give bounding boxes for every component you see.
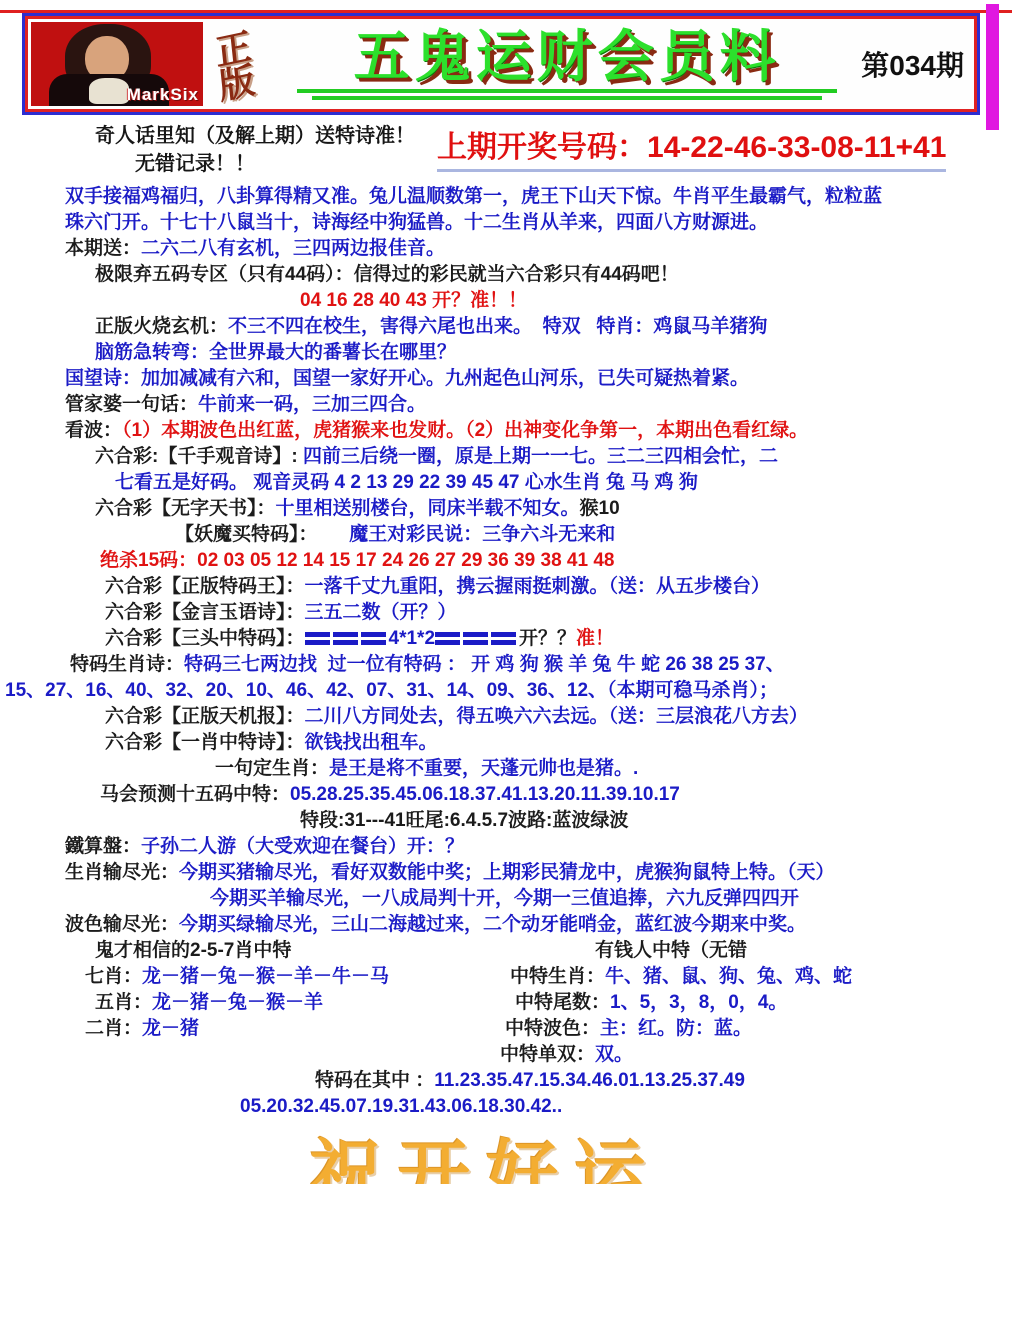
issue-number: 第034期 (861, 44, 964, 84)
text-run: 【妖魔买特码】： (175, 524, 318, 545)
text-run: 六合彩:【千手观音诗】: (95, 446, 303, 467)
text-run: 欲钱找出租车。 (305, 732, 438, 753)
text-run: 七看五是好码。 观音灵码 4 2 13 29 22 39 45 47 心水生肖 … (115, 472, 698, 493)
text-run: 准！ (576, 628, 614, 649)
text-run: 主：红。防：蓝。 (600, 1018, 752, 1039)
text-run: 龙－猪 (142, 1018, 199, 1039)
text-run: 猴10 (580, 498, 620, 519)
body-line: 波色输尽光：今期买绿输尽光，三山二海越过来，二个动牙能哨金，蓝红波今期来中奖。 (0, 912, 1012, 938)
text-run: 六合彩【三头中特码】： (105, 628, 305, 649)
body-line: 五肖：龙－猪－兔－猴－羊中特尾数：1、5，3，8，0，4。 (0, 990, 1012, 1016)
double-bar-block (491, 632, 516, 645)
text-run: 鐵算盤： (65, 836, 141, 857)
text-run: 五肖： (95, 992, 152, 1013)
body-line: 马会预测十五码中特：05.28.25.35.45.06.18.37.41.13.… (0, 782, 1012, 808)
text-run: 双。 (595, 1044, 633, 1065)
body-line: 七肖：龙－猪－兔－猴－羊－牛－马中特生肖：牛、猪、鼠、狗、兔、鸡、蛇 (0, 964, 1012, 990)
text-run: 是王是将不重要，天蓬元帅也是猪。. (329, 758, 638, 779)
text-run: 二六二八有玄机，三四两边报佳音。 (141, 238, 445, 259)
text-run: 1、5，3，8，0，4。 (610, 992, 787, 1013)
text-run: 中特单双： (500, 1044, 595, 1065)
text-run: 魔王对彩民说：三争六斗无来和 (318, 524, 616, 545)
body-line: 今期买羊输尽光，一八成局判十开，今期一三值追捧，六九反弹四四开 (0, 886, 1012, 912)
body-line: 六合彩:【千手观音诗】: 四前三后绕一圈，原是上期一一七。三二三四相会忙，二 (0, 444, 1012, 470)
body-line: 生肖输尽光：今期买猪输尽光，看好双数能中奖；上期彩民猜龙中，虎猴狗鼠特上特。（天… (0, 860, 1012, 886)
right-magenta-bar (986, 4, 999, 130)
title-underline-1 (297, 89, 837, 93)
text-run: 六合彩【金言玉语诗】： (105, 602, 305, 623)
text-run: 看波： (65, 420, 122, 441)
right-column-text: 中特单双：双。 (500, 1042, 633, 1068)
body-line: 二肖：龙－猪中特波色：主：红。防：蓝。 (0, 1016, 1012, 1042)
text-run: 子孙二人游（大受欢迎在餐台）开：？ (141, 836, 464, 857)
text-run: 今期买绿输尽光，三山二海越过来，二个动牙能哨金，蓝红波今期来中奖。 (179, 914, 806, 935)
text-run: 二川八方同处去，得五唤六六去远。（送：三层浪花八方去） (305, 706, 809, 727)
body-line: 中特单双：双。 (0, 1042, 1012, 1068)
left-column-text: 鬼才相信的2-5-7肖中特 (0, 940, 291, 961)
text-run: 六合彩【正版特码王】： (105, 576, 305, 597)
text-run: 龙－猪－兔－猴－羊 (152, 992, 323, 1013)
portrait-scarf (89, 78, 129, 104)
text-run: 15、27、16、40、32、20、10、46、42、07、31、14、09、3… (5, 680, 778, 701)
body-line: 管家婆一句话：牛前来一码，三加三四合。 (0, 392, 1012, 418)
body-line: 本期送：二六二八有玄机，三四两边报佳音。 (0, 236, 1012, 262)
body-line: 特码生肖诗：特码三七两边找 过一位有特码 ： 开 鸡 狗 猴 羊 兔 牛 蛇 2… (0, 652, 1012, 678)
text-run: 中特生肖： (510, 966, 605, 987)
body-line: 国望诗：加加减减有六和，国望一家好开心。九州起色山河乐，已失可疑热着紧。 (0, 366, 1012, 392)
text-run: 双手接福鸡福归，八卦算得精又准。兔儿温顺数第一，虎王下山天下惊。牛肖平生最霸气，… (65, 186, 882, 207)
text-run: 绝杀15码：02 03 05 12 14 15 17 24 26 27 29 3… (100, 550, 614, 571)
text-run: 牛、猪、鼠、狗、兔、鸡、蛇 (605, 966, 852, 987)
body-line: 珠六门开。十七十八鼠当十，诗海经中狗猛兽。十二生肖从羊来，四面八方财源进。 (0, 210, 1012, 236)
body-line: 脑筋急转弯：全世界最大的番薯长在哪里？ (0, 340, 1012, 366)
body-line: 特码在其中 ：11.23.35.47.15.34.46.01.13.25.37.… (0, 1068, 1012, 1094)
text-run: 特码生肖诗： (70, 654, 184, 675)
body-line: 六合彩【正版天机报】：二川八方同处去，得五唤六六去远。（送：三层浪花八方去） (0, 704, 1012, 730)
body-line: 七看五是好码。 观音灵码 4 2 13 29 22 39 45 47 心水生肖 … (0, 470, 1012, 496)
text-run: 七肖： (85, 966, 142, 987)
text-run: 中特尾数： (515, 992, 610, 1013)
text-run: 牛前来一码，三加三四合。 (198, 394, 426, 415)
body-text: 双手接福鸡福归，八卦算得精又准。兔儿温顺数第一，虎王下山天下惊。牛肖平生最霸气，… (0, 184, 1012, 1120)
body-line: 看波：（1）本期波色出红蓝，虎猪猴来也发财。（2）出神变化争第一，本期出色看红绿… (0, 418, 1012, 444)
text-run: 六合彩【正版天机报】： (105, 706, 305, 727)
right-column-text: 有钱人中特（无错 (595, 938, 747, 964)
text-run: 极限弃五码专区（只有44码）：信得过的彩民就当六合彩只有44码吧！ (95, 264, 679, 285)
text-run: 05.28.25.35.45.06.18.37.41.13.20.11.39.1… (290, 784, 680, 805)
body-line: 六合彩【正版特码王】：一落千丈九重阳，携云握雨挺刺激。（送：从五步楼台） (0, 574, 1012, 600)
double-bar-block (435, 632, 460, 645)
text-run: 二肖： (85, 1018, 142, 1039)
body-line: 04 16 28 40 43 开？准！！ (0, 288, 1012, 314)
text-run: 一句定生肖： (215, 758, 329, 779)
double-bar-block (463, 632, 488, 645)
text-run: 正版火烧玄机： (95, 316, 228, 337)
body-line: 鬼才相信的2-5-7肖中特有钱人中特（无错 (0, 938, 1012, 964)
text-run: 马会预测十五码中特： (100, 784, 290, 805)
text-run: 十里相送别楼台，同床半载不知女。 (276, 498, 580, 519)
good-luck-watermark: 祝开好运 (310, 1126, 750, 1184)
text-run: 龙－猪－兔－猴－羊－牛－马 (142, 966, 389, 987)
double-bar-block (361, 632, 386, 645)
text-run: 04 16 28 40 43 开？准！！ (300, 290, 527, 311)
text-run: 特段:31---41旺尾:6.4.5.7波路:蓝波绿波 (300, 810, 628, 831)
header: MarkSix 正版 五鬼运财会员料 第034期 (22, 13, 980, 115)
text-run: 不三不四在校生，害得六尾也出来。 特双 特肖：鸡鼠马羊猪狗 (228, 316, 767, 337)
photo-watermark: MarkSix (127, 85, 199, 105)
text-run: 11.23.35.47.15.34.46.01.13.25.37.49 (434, 1070, 745, 1091)
text-run: 中特波色： (505, 1018, 600, 1039)
body-line: 六合彩【金言玉语诗】：三五二数（开？） (0, 600, 1012, 626)
text-run: 有钱人中特（无错 (595, 940, 747, 961)
text-run: 05.20.32.45.07.19.31.43.06.18.30.42.. (240, 1096, 562, 1117)
body-line: 鐵算盤：子孙二人游（大受欢迎在餐台）开：？ (0, 834, 1012, 860)
text-run: 开？？ (519, 628, 576, 649)
lottery-tip-sheet: MarkSix 正版 五鬼运财会员料 第034期 奇人话里知（及解上期）送特诗准… (0, 0, 1012, 1321)
double-bar-block (333, 632, 358, 645)
edition-label: 正版 (214, 24, 282, 105)
text-run: 一落千丈九重阳，携云握雨挺刺激。（送：从五步楼台） (305, 576, 771, 597)
text-run: 六合彩【无字天书】： (95, 498, 276, 519)
body-line: 六合彩【三头中特码】：4*1*2开？？准！ (0, 626, 1012, 652)
body-line: 特段:31---41旺尾:6.4.5.7波路:蓝波绿波 (0, 808, 1012, 834)
text-run: 今期买羊输尽光，一八成局判十开，今期一三值追捧，六九反弹四四开 (210, 888, 799, 909)
text-run: 4*1*2 (389, 628, 436, 649)
body-line: 极限弃五码专区（只有44码）：信得过的彩民就当六合彩只有44码吧！ (0, 262, 1012, 288)
page-title: 五鬼运财会员料 (354, 28, 781, 86)
body-line: 六合彩【无字天书】：十里相送别楼台，同床半载不知女。猴10 (0, 496, 1012, 522)
text-run: 今期买猪输尽光，看好双数能中奖；上期彩民猜龙中，虎猴狗鼠特上特。（天） (179, 862, 835, 883)
good-luck-watermark-text: 祝开好运 (310, 1126, 662, 1184)
text-run: 三五二数（开？） (305, 602, 457, 623)
intro-block: 奇人话里知（及解上期）送特诗准！ 无错记录！！ 上期开奖号码：14-22-46-… (0, 122, 1012, 180)
text-run: 鬼才相信的2-5-7肖中特 (95, 940, 291, 961)
text-run: （1）本期波色出红蓝，虎猪猴来也发财。（2）出神变化争第一，本期出色看红绿。 (122, 420, 808, 441)
body-line: 一句定生肖：是王是将不重要，天蓬元帅也是猪。. (0, 756, 1012, 782)
right-column-text: 中特尾数：1、5，3，8，0，4。 (515, 990, 787, 1016)
right-column-text: 中特波色：主：红。防：蓝。 (505, 1016, 752, 1042)
text-run: 本期送： (65, 238, 141, 259)
text-run: 特码在其中 ： (315, 1070, 434, 1091)
text-run: 四前三后绕一圈，原是上期一一七。三二三四相会忙，二 (303, 446, 778, 467)
body-line: 六合彩【一肖中特诗】：欲钱找出租车。 (0, 730, 1012, 756)
right-column-text: 中特生肖：牛、猪、鼠、狗、兔、鸡、蛇 (510, 964, 852, 990)
text-run: 管家婆一句话： (65, 394, 198, 415)
left-column-text (0, 1044, 85, 1065)
title-block: 五鬼运财会员料 (279, 28, 855, 100)
text-run: 波色输尽光： (65, 914, 179, 935)
last-draw-numbers: 上期开奖号码：14-22-46-33-08-11+41 (437, 122, 946, 172)
body-line: 【妖魔买特码】： 魔王对彩民说：三争六斗无来和 (0, 522, 1012, 548)
text-run: 生肖输尽光： (65, 862, 179, 883)
header-inner-frame: MarkSix 正版 五鬼运财会员料 第034期 (25, 16, 977, 112)
body-line: 05.20.32.45.07.19.31.43.06.18.30.42.. (0, 1094, 1012, 1120)
body-line: 绝杀15码：02 03 05 12 14 15 17 24 26 27 29 3… (0, 548, 1012, 574)
left-column-text: 二肖：龙－猪 (0, 1018, 199, 1039)
portrait-photo: MarkSix (31, 22, 203, 106)
left-column-text: 七肖：龙－猪－兔－猴－羊－牛－马 (0, 966, 389, 987)
text-run: 特码三七两边找 过一位有特码 ： 开 鸡 狗 猴 羊 兔 牛 蛇 26 38 2… (184, 654, 785, 675)
title-underline-2 (312, 96, 822, 100)
body-line: 双手接福鸡福归，八卦算得精又准。兔儿温顺数第一，虎王下山天下惊。牛肖平生最霸气，… (0, 184, 1012, 210)
text-run: 珠六门开。十七十八鼠当十，诗海经中狗猛兽。十二生肖从羊来，四面八方财源进。 (65, 212, 768, 233)
double-bar-block (305, 632, 330, 645)
text-run: 脑筋急转弯：全世界最大的番薯长在哪里？ (95, 342, 456, 363)
text-run: 国望诗：加加减减有六和，国望一家好开心。九州起色山河乐，已失可疑热着紧。 (65, 368, 749, 389)
body-line: 15、27、16、40、32、20、10、46、42、07、31、14、09、3… (0, 678, 1012, 704)
left-column-text: 五肖：龙－猪－兔－猴－羊 (0, 992, 323, 1013)
text-run: 六合彩【一肖中特诗】： (105, 732, 305, 753)
body-line: 正版火烧玄机：不三不四在校生，害得六尾也出来。 特双 特肖：鸡鼠马羊猪狗 (0, 314, 1012, 340)
